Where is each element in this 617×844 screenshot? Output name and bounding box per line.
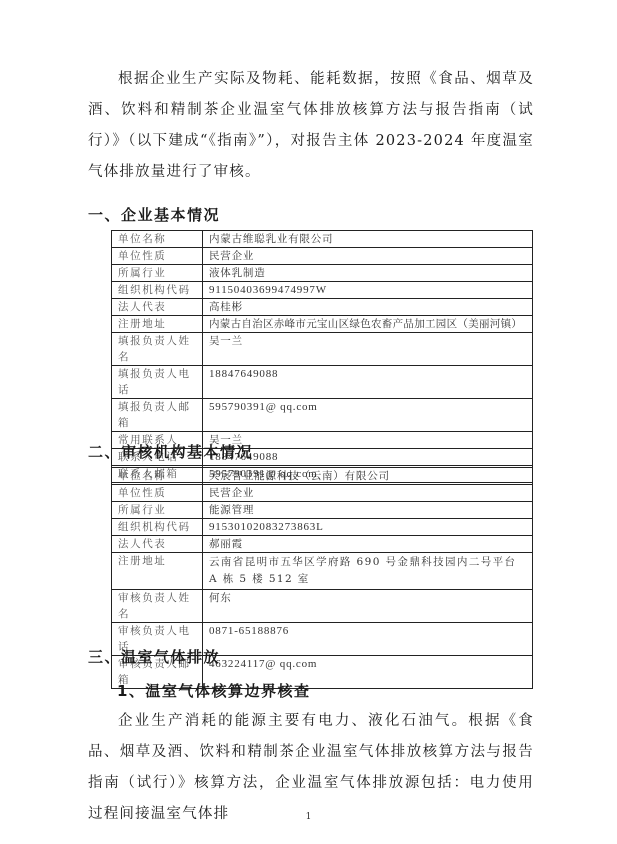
row-label: 组织机构代码 [112, 519, 203, 536]
row-label: 注册地址 [112, 553, 203, 590]
row-label: 审核负责人姓名 [112, 590, 203, 623]
row-label: 所属行业 [112, 265, 203, 282]
subsection-1-title: 1、温室气体核算边界核查 [117, 680, 310, 701]
row-value: 液体乳制造 [203, 265, 533, 282]
page-number: 1 [0, 812, 617, 822]
row-value: 天宸智业能源科技（云南）有限公司 [203, 468, 533, 485]
table-row: 单位名称天宸智业能源科技（云南）有限公司 [112, 468, 533, 485]
table-row: 组织机构代码91150403699474997W [112, 282, 533, 299]
row-value: 高桂彬 [203, 299, 533, 316]
row-value: 91150403699474997W [203, 282, 533, 299]
row-label: 法人代表 [112, 536, 203, 553]
table-row: 填报负责人姓名吴一兰 [112, 333, 533, 366]
row-value: 内蒙古自治区赤峰市元宝山区绿色农畜产品加工园区（美丽河镇） [203, 316, 533, 333]
section-2-title: 二、审核机构基本情况 [88, 441, 253, 462]
table-row: 填报负责人邮箱595790391@ qq.com [112, 399, 533, 432]
row-label: 填报负责人邮箱 [112, 399, 203, 432]
table-row: 注册地址内蒙古自治区赤峰市元宝山区绿色农畜产品加工园区（美丽河镇） [112, 316, 533, 333]
row-value: 民营企业 [203, 485, 533, 502]
row-label: 单位名称 [112, 468, 203, 485]
row-label: 单位性质 [112, 485, 203, 502]
row-value: 能源管理 [203, 502, 533, 519]
table-row: 填报负责人电话18847649088 [112, 366, 533, 399]
row-value: 0871-65188876 [203, 623, 533, 656]
intro-paragraph: 根据企业生产实际及物耗、能耗数据，按照《食品、烟草及酒、饮料和精制茶企业温室气体… [88, 64, 534, 188]
section-1-title: 一、企业基本情况 [88, 204, 220, 225]
row-value: 何东 [203, 590, 533, 623]
table-row: 审核负责人姓名何东 [112, 590, 533, 623]
row-value: 内蒙古维聪乳业有限公司 [203, 231, 533, 248]
row-value: 民营企业 [203, 248, 533, 265]
row-label: 组织机构代码 [112, 282, 203, 299]
row-label: 单位性质 [112, 248, 203, 265]
row-value: 595790391@ qq.com [203, 399, 533, 432]
section-3-title: 三、温室气体排放 [88, 646, 220, 667]
table-row: 单位名称内蒙古维聪乳业有限公司 [112, 231, 533, 248]
row-value: 吴一兰 [203, 333, 533, 366]
table-row: 注册地址云南省昆明市五华区学府路 690 号金鼎科技园内二号平台 A 栋 5 楼… [112, 553, 533, 590]
table-row: 单位性质民营企业 [112, 485, 533, 502]
table-row: 法人代表郝丽霞 [112, 536, 533, 553]
table-row: 法人代表高桂彬 [112, 299, 533, 316]
row-label: 填报负责人电话 [112, 366, 203, 399]
table-row: 所属行业能源管理 [112, 502, 533, 519]
row-value: 郝丽霞 [203, 536, 533, 553]
row-label: 填报负责人姓名 [112, 333, 203, 366]
row-label: 注册地址 [112, 316, 203, 333]
table-row: 单位性质民营企业 [112, 248, 533, 265]
row-value: 云南省昆明市五华区学府路 690 号金鼎科技园内二号平台 A 栋 5 楼 512… [203, 553, 533, 590]
table-row: 组织机构代码91530102083273863L [112, 519, 533, 536]
row-label: 单位名称 [112, 231, 203, 248]
row-label: 法人代表 [112, 299, 203, 316]
row-value: 91530102083273863L [203, 519, 533, 536]
table-row: 所属行业液体乳制造 [112, 265, 533, 282]
row-label: 所属行业 [112, 502, 203, 519]
row-value: 18847649088 [203, 366, 533, 399]
